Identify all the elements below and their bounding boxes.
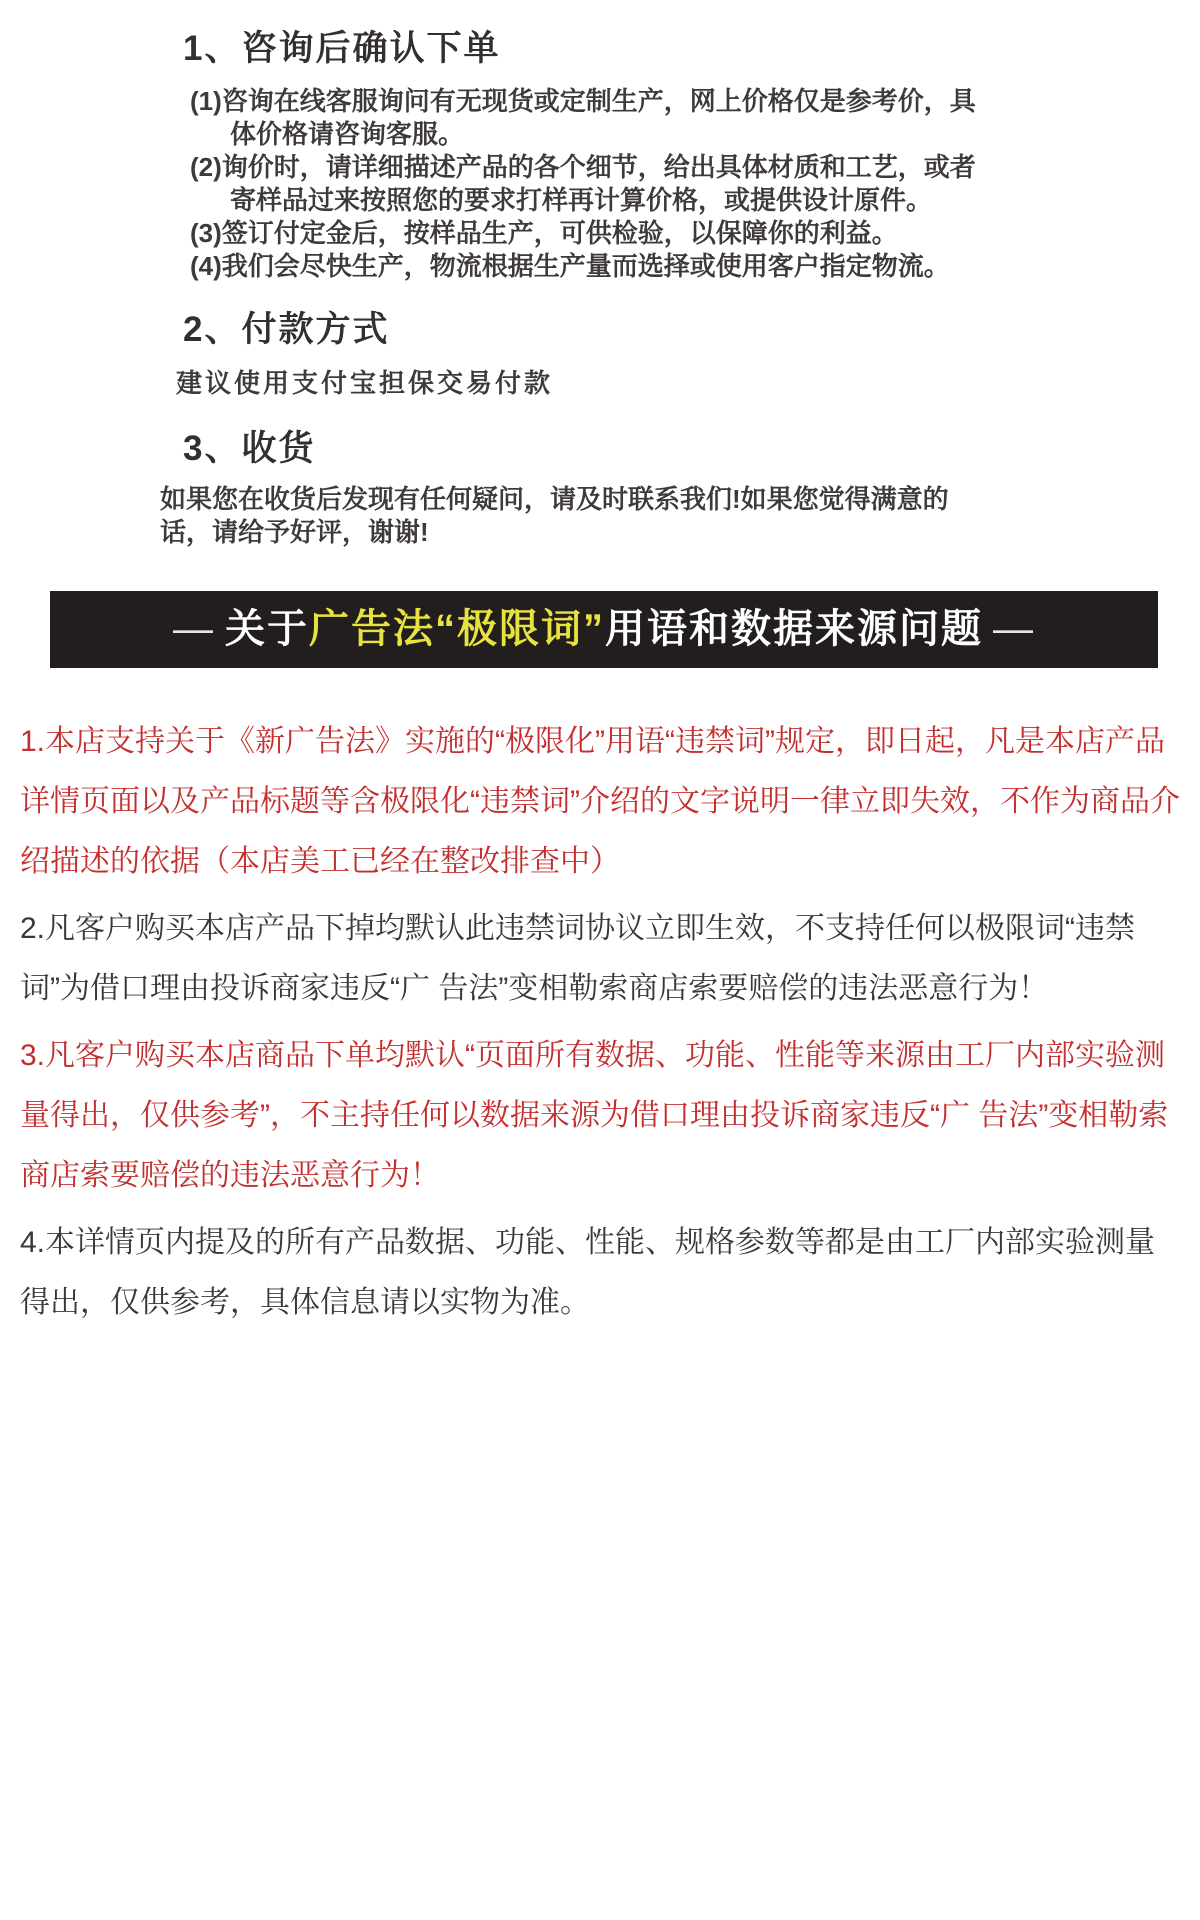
banner-text-white-1: 关于 xyxy=(225,607,309,651)
order-step-4: (4)我们会尽快生产，物流根据生产量而选择或使用客户指定物流。 xyxy=(190,250,1000,283)
disclaimer-paragraph-2: 2.凡客户购买本店产品下掉均默认此违禁词协议立即生效，不支持任何以极限词“违禁词… xyxy=(20,899,1180,1019)
ad-law-disclaimer: 1.本店支持关于《新广告法》实施的“极限化”用语“违禁词”规定，即日起，凡是本店… xyxy=(20,712,1180,1333)
section-heading-order: 1、咨询后确认下单 xyxy=(183,0,1200,69)
disclaimer-paragraph-4: 4.本详情页内提及的所有产品数据、功能、性能、规格参数等都是由工厂内部实验测量得… xyxy=(20,1213,1180,1333)
order-step-2: (2)询价时，请详细描述产品的各个细节，给出具体材质和工艺，或者寄样品过来按照您… xyxy=(190,151,1000,217)
disclaimer-paragraph-3: 3.凡客户购买本店商品下单均默认“页面所有数据、功能、性能等来源由工厂内部实验测… xyxy=(20,1026,1180,1206)
order-step-3: (3)签订付定金后，按样品生产，可供检验，以保障你的利益。 xyxy=(190,217,1000,250)
order-steps-list: (1)咨询在线客服询问有无现货或定制生产，网上价格仅是参考价，具体价格请咨询客服… xyxy=(190,85,1000,283)
banner-text-yellow: 广告法“极限词” xyxy=(309,607,605,651)
order-step-1: (1)咨询在线客服询问有无现货或定制生产，网上价格仅是参考价，具体价格请咨询客服… xyxy=(190,85,1000,151)
ad-law-banner: —关于广告法“极限词”用语和数据来源问题— xyxy=(50,591,1158,668)
banner-dash-right: — xyxy=(993,607,1035,651)
banner-text-white-2: 用语和数据来源问题 xyxy=(605,607,983,651)
banner-dash-left: — xyxy=(173,607,215,651)
disclaimer-paragraph-1: 1.本店支持关于《新广告法》实施的“极限化”用语“违禁词”规定，即日起，凡是本店… xyxy=(20,712,1180,892)
product-detail-notice-page: 1、咨询后确认下单 (1)咨询在线客服询问有无现货或定制生产，网上价格仅是参考价… xyxy=(0,0,1200,1920)
section-heading-payment: 2、付款方式 xyxy=(183,311,1200,350)
delivery-note: 如果您在收货后发现有任何疑问，请及时联系我们!如果您觉得满意的话，请给予好评，谢… xyxy=(160,483,970,549)
section-heading-delivery: 3、收货 xyxy=(183,430,1200,469)
payment-note: 建议使用支付宝担保交易付款 xyxy=(176,363,1200,400)
